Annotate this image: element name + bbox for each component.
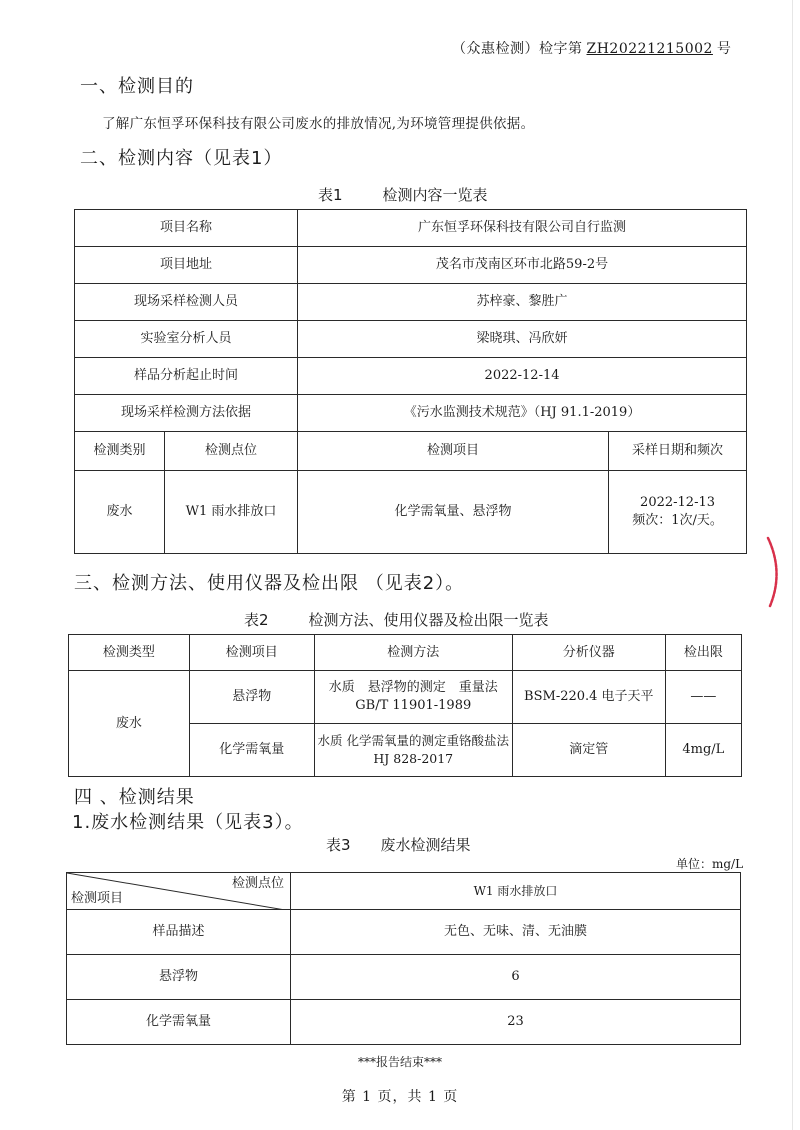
- header-point-label: 检测点位: [232, 875, 284, 893]
- page-edge: [792, 0, 793, 1130]
- info-label: 现场采样检测方法依据: [75, 395, 298, 432]
- table3-title: 废水检测结果: [381, 836, 471, 854]
- page-number: 第 1 页，共 1 页: [0, 1086, 800, 1106]
- table2-title: 检测方法、使用仪器及检出限一览表: [309, 611, 549, 629]
- instrument-cell: BSM-220.4 电子天平: [512, 671, 665, 724]
- sampling-date: 2022-12-13: [611, 494, 744, 512]
- table2-label: 表2: [244, 611, 269, 629]
- result-value: 6: [291, 955, 741, 1000]
- table-row: 废水 悬浮物 水质 悬浮物的测定 重量法 GB/T 11901-1989 BSM…: [69, 671, 742, 724]
- header-item-label: 检测项目: [71, 890, 123, 908]
- table2-methods: 检测类型 检测项目 检测方法 分析仪器 检出限 废水 悬浮物 水质 悬浮物的测定…: [68, 634, 742, 777]
- table-row: 样品分析起止时间2022-12-14: [75, 358, 747, 395]
- method-name: 水质 悬浮物的测定 重量法: [317, 679, 510, 697]
- item-cell: 悬浮物: [189, 671, 314, 724]
- info-label: 现场采样检测人员: [75, 284, 298, 321]
- table3-caption: 表3废水检测结果: [326, 834, 471, 855]
- items-cell: 化学需氧量、悬浮物: [298, 471, 609, 554]
- method-name: 水质 化学需氧量的测定重铬酸盐法: [317, 732, 510, 750]
- limit-cell: 4mg/L: [665, 724, 741, 777]
- result-value: 无色、无味、清、无油膜: [291, 910, 741, 955]
- item-cell: 化学需氧量: [189, 724, 314, 777]
- method-cell: 水质 悬浮物的测定 重量法 GB/T 11901-1989: [314, 671, 512, 724]
- category-cell: 废水: [69, 671, 190, 777]
- column-header: 检测方法: [314, 635, 512, 671]
- point-cell: W1 雨水排放口: [165, 471, 298, 554]
- seal-stamp-fragment-icon: [762, 532, 792, 612]
- column-header: 检测项目: [298, 432, 609, 471]
- column-header: 检测点位: [165, 432, 298, 471]
- report-prefix: （众惠检测）检字第: [452, 41, 583, 57]
- section4-title: 四 、检测结果: [74, 783, 195, 809]
- table3-label: 表3: [326, 836, 351, 854]
- info-value: 《污水监测技术规范》（HJ 91.1-2019）: [298, 395, 747, 432]
- table-header-row: 检测类型 检测项目 检测方法 分析仪器 检出限: [69, 635, 742, 671]
- sampling-frequency: 频次：1次/天。: [611, 512, 744, 530]
- table1-title: 检测内容一览表: [383, 186, 488, 204]
- point-header: W1 雨水排放口: [291, 873, 741, 910]
- info-value: 广东恒孚环保科技有限公司自行监测: [298, 210, 747, 247]
- column-header: 检测项目: [189, 635, 314, 671]
- table-row: 现场采样检测方法依据《污水监测技术规范》（HJ 91.1-2019）: [75, 395, 747, 432]
- report-suffix: 号: [717, 41, 732, 57]
- report-end-note: ***报告结束***: [0, 1053, 800, 1070]
- table-row: 样品描述 无色、无味、清、无油膜: [67, 910, 741, 955]
- report-number-value: ZH20221215002: [587, 41, 713, 57]
- table-row: 现场采样检测人员苏梓豪、黎胜广: [75, 284, 747, 321]
- info-label: 项目地址: [75, 247, 298, 284]
- info-value: 苏梓豪、黎胜广: [298, 284, 747, 321]
- table-header-row: 检测类别 检测点位 检测项目 采样日期和频次: [75, 432, 747, 471]
- diagonal-header-cell: 检测点位 检测项目: [67, 873, 291, 910]
- info-label: 样品分析起止时间: [75, 358, 298, 395]
- method-standard: HJ 828-2017: [317, 750, 510, 768]
- table1-label: 表1: [318, 186, 343, 204]
- table-row: 项目地址茂名市茂南区环市北路59-2号: [75, 247, 747, 284]
- table1-caption: 表1检测内容一览表: [318, 184, 488, 205]
- info-value: 茂名市茂南区环市北路59-2号: [298, 247, 747, 284]
- column-header: 检测类型: [69, 635, 190, 671]
- report-number: （众惠检测）检字第ZH20221215002号: [452, 38, 731, 58]
- table-row: 悬浮物 6: [67, 955, 741, 1000]
- date-frequency-cell: 2022-12-13 频次：1次/天。: [609, 471, 747, 554]
- method-standard: GB/T 11901-1989: [317, 697, 510, 715]
- column-header: 分析仪器: [512, 635, 665, 671]
- column-header: 检测类别: [75, 432, 165, 471]
- info-label: 项目名称: [75, 210, 298, 247]
- table-row: 实验室分析人员梁晓琪、冯欣妍: [75, 321, 747, 358]
- result-label: 样品描述: [67, 910, 291, 955]
- unit-label: 单位：mg/L: [676, 855, 743, 872]
- column-header: 检出限: [665, 635, 741, 671]
- category-cell: 废水: [75, 471, 165, 554]
- section1-title: 一、检测目的: [80, 72, 194, 98]
- column-header: 采样日期和频次: [609, 432, 747, 471]
- table2-caption: 表2检测方法、使用仪器及检出限一览表: [244, 609, 549, 630]
- table1-detection-content: 项目名称广东恒孚环保科技有限公司自行监测 项目地址茂名市茂南区环市北路59-2号…: [74, 209, 747, 554]
- info-label: 实验室分析人员: [75, 321, 298, 358]
- table-header-row: 检测点位 检测项目 W1 雨水排放口: [67, 873, 741, 910]
- info-value: 2022-12-14: [298, 358, 747, 395]
- result-value: 23: [291, 1000, 741, 1045]
- result-label: 悬浮物: [67, 955, 291, 1000]
- section2-title: 二、检测内容（见表1）: [80, 144, 282, 170]
- table3-results: 检测点位 检测项目 W1 雨水排放口 样品描述 无色、无味、清、无油膜 悬浮物 …: [66, 872, 741, 1045]
- section3-title: 三、检测方法、使用仪器及检出限 （见表2）。: [74, 569, 464, 595]
- method-cell: 水质 化学需氧量的测定重铬酸盐法 HJ 828-2017: [314, 724, 512, 777]
- info-value: 梁晓琪、冯欣妍: [298, 321, 747, 358]
- section4-subtitle: 1.废水检测结果（见表3）。: [72, 808, 304, 834]
- instrument-cell: 滴定管: [512, 724, 665, 777]
- section1-text: 了解广东恒孚环保科技有限公司废水的排放情况,为环境管理提供依据。: [102, 112, 534, 132]
- table-row: 废水 W1 雨水排放口 化学需氧量、悬浮物 2022-12-13 频次：1次/天…: [75, 471, 747, 554]
- table-row: 化学需氧量 23: [67, 1000, 741, 1045]
- result-label: 化学需氧量: [67, 1000, 291, 1045]
- limit-cell: ——: [665, 671, 741, 724]
- table-row: 项目名称广东恒孚环保科技有限公司自行监测: [75, 210, 747, 247]
